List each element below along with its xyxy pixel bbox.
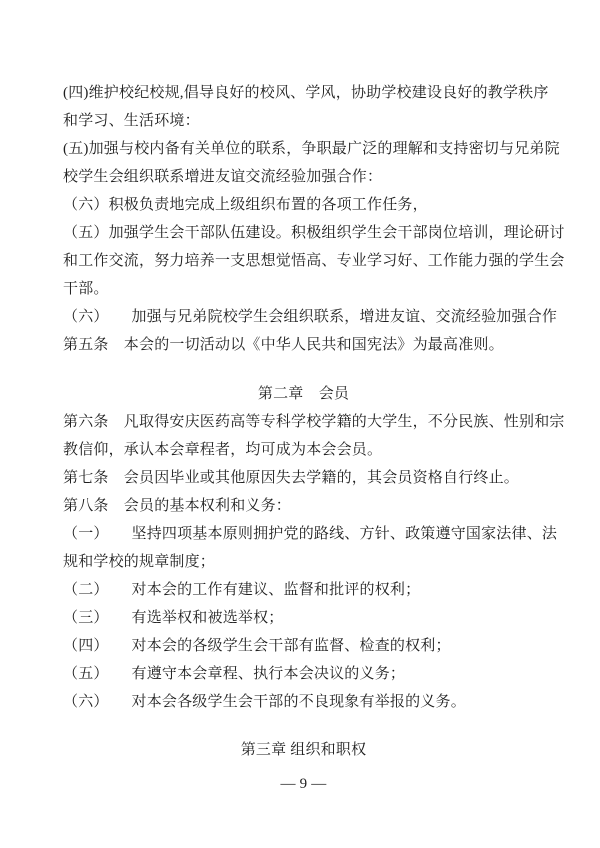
doc-line: 校学生会组织联系增进友谊交流经验加强合作： bbox=[63, 163, 544, 191]
doc-line: 干部。 bbox=[63, 275, 544, 303]
doc-line: 第五条 本会的一切活动以《中华人民共和国宪法》为最高准则。 bbox=[63, 331, 544, 359]
doc-line: 教信仰，承认本会章程者，均可成为本会会员。 bbox=[63, 436, 544, 464]
doc-line: 和工作交流，努力培养一支思想觉悟高、专业学习好、工作能力强的学生会 bbox=[63, 247, 544, 275]
doc-line: 第八条 会员的基本权利和义务： bbox=[63, 492, 544, 520]
doc-line: (五)加强与校内备有关单位的联系，争职最广泛的理解和支持密切与兄弟院 bbox=[63, 135, 544, 163]
chapter-3-heading: 第三章 组织和职权 bbox=[63, 736, 544, 764]
doc-line: （六） 对本会各级学生会干部的不良现象有举报的义务。 bbox=[63, 688, 544, 716]
chapter-2-heading: 第二章 会员 bbox=[63, 380, 544, 408]
doc-line: （五）加强学生会干部队伍建设。积极组织学生会干部岗位培训，理论研讨 bbox=[63, 219, 544, 247]
doc-line: （六） 加强与兄弟院校学生会组织联系，增进友谊、交流经验加强合作 bbox=[63, 303, 544, 331]
doc-line: （三） 有选举权和被选举权； bbox=[63, 604, 544, 632]
doc-line: 规和学校的规章制度； bbox=[63, 548, 544, 576]
doc-line: （五） 有遵守本会章程、执行本会决议的义务； bbox=[63, 660, 544, 688]
doc-line: （一） 坚持四项基本原则拥护党的路线、方针、政策遵守国家法律、法 bbox=[63, 520, 544, 548]
doc-line: 和学习、生活环境： bbox=[63, 107, 544, 135]
doc-line: （二） 对本会的工作有建议、监督和批评的权利； bbox=[63, 576, 544, 604]
doc-line: (四)维护校纪校规,倡导良好的校风、学风，协助学校建设良好的教学秩序 bbox=[63, 79, 544, 107]
doc-line: 第六条 凡取得安庆医药高等专科学校学籍的大学生，不分民族、性别和宗 bbox=[63, 408, 544, 436]
page-number: — 9 — bbox=[63, 770, 544, 798]
doc-line: （四） 对本会的各级学生会干部有监督、检查的权利； bbox=[63, 632, 544, 660]
document-page: (四)维护校纪校规,倡导良好的校风、学风，协助学校建设良好的教学秩序 和学习、生… bbox=[0, 0, 600, 848]
doc-line: （六）积极负责地完成上级组织布置的各项工作任务， bbox=[63, 191, 544, 219]
doc-line: 第七条 会员因毕业或其他原因失去学籍的，其会员资格自行终止。 bbox=[63, 464, 544, 492]
